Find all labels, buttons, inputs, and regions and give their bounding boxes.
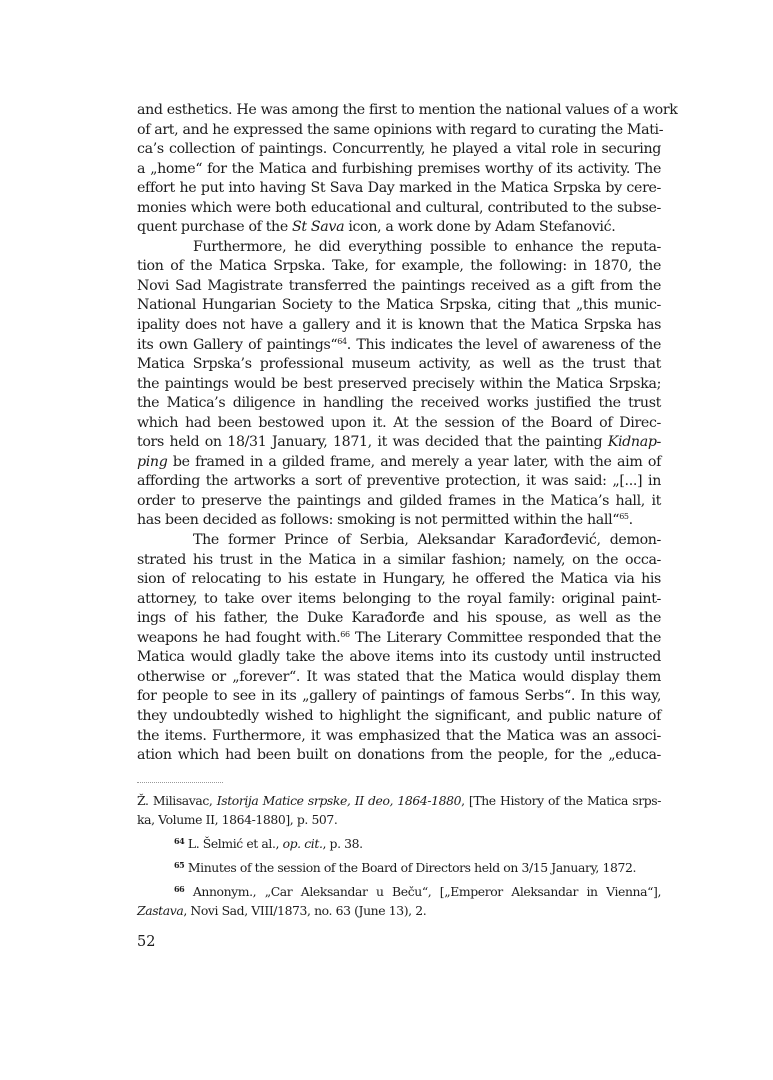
text-line: order to preserve the paintings and gild…	[137, 492, 661, 512]
text-run: quent purchase of the	[137, 219, 292, 235]
text-run: . This indicates the level of awareness …	[347, 337, 661, 353]
page-number: 52	[137, 934, 155, 950]
text-line: they undoubtedly wished to highlight the…	[137, 707, 661, 727]
book-page: and esthetics. He was among the first to…	[0, 0, 773, 1080]
footnote-64: 64 L. Šelmić et al., op. cit., p. 38.	[137, 834, 661, 853]
text-line: Matica Srpska’s professional museum acti…	[137, 355, 661, 375]
text-line: and esthetics. He was among the first to…	[137, 101, 661, 121]
text-line: ation which had been built on donations …	[137, 746, 661, 766]
text-line: tion of the Matica Srpska. Take, for exa…	[137, 257, 661, 277]
text-line: monies which were both educational and c…	[137, 199, 661, 219]
text-run: its own Gallery of paintings“	[137, 337, 337, 353]
body-text: and esthetics. He was among the first to…	[137, 101, 661, 766]
text-run: L. Šelmić et al.,	[184, 836, 282, 851]
text-run: Ž. Milisavac,	[137, 793, 217, 808]
text-run: .	[629, 512, 633, 528]
text-line: its own Gallery of paintings“64. This in…	[137, 336, 661, 356]
footnote-63-line1: Ž. Milisavac, Istorija Matice srpske, II…	[137, 791, 661, 810]
footnote-number: 64	[174, 836, 184, 846]
footnote-ref-65[interactable]: 65	[619, 512, 628, 521]
text-line: effort he put into having St Sava Day ma…	[137, 179, 661, 199]
text-line: the paintings would be best preserved pr…	[137, 375, 661, 395]
footnote-number: 66	[174, 884, 184, 894]
italic-title: ping	[137, 454, 167, 470]
text-line: has been decided as follows: smoking is …	[137, 511, 661, 531]
text-line: for people to see in its „gallery of pai…	[137, 687, 661, 707]
footnote-66-line2: Zastava, Novi Sad, VIII/1873, no. 63 (Ju…	[137, 901, 661, 920]
text-run: icon, a work done by Adam Stefanović.	[344, 219, 615, 235]
text-line: ipality does not have a gallery and it i…	[137, 316, 661, 336]
text-line: quent purchase of the St Sava icon, a wo…	[137, 218, 661, 238]
text-line: ings of his father, the Duke Karađorđe a…	[137, 609, 661, 629]
text-line: a „home“ for the Matica and furbishing p…	[137, 160, 661, 180]
text-line: the Matica’s diligence in handling the r…	[137, 394, 661, 414]
text-run: has been decided as follows: smoking is …	[137, 512, 619, 528]
text-line: sion of relocating to his estate in Hung…	[137, 570, 661, 590]
paragraph-start: Furthermore, he did everything possible …	[137, 238, 661, 258]
italic-title: Istorija Matice srpske, II deo, 1864-188…	[217, 793, 461, 808]
text-line: affording the artworks a sort of prevent…	[137, 472, 661, 492]
text-line: attorney, to take over items belonging t…	[137, 590, 661, 610]
text-run: Annonym., „Car Aleksandar u Beču“, [„Emp…	[184, 884, 661, 899]
text-line: of art, and he expressed the same opinio…	[137, 121, 661, 141]
text-line: otherwise or „forever“. It was stated th…	[137, 668, 661, 688]
text-line: tors held on 18/31 January, 1871, it was…	[137, 433, 661, 453]
footnote-ref-64[interactable]: 64	[337, 337, 346, 346]
text-run: Minutes of the session of the Board of D…	[184, 860, 636, 875]
footnote-ref-66[interactable]: 66	[340, 630, 349, 639]
text-line: Matica would gladly take the above items…	[137, 648, 661, 668]
text-line: the items. Furthermore, it was emphasize…	[137, 727, 661, 747]
text-run: weapons he had fought with.	[137, 630, 340, 646]
footnote-63-line2: ka, Volume II, 1864-1880], p. 507.	[137, 810, 661, 829]
text-run: tors held on 18/31 January, 1871, it was…	[137, 434, 608, 450]
paragraph-start: The former Prince of Serbia, Aleksandar …	[137, 531, 661, 551]
footnote-66-line1: 66 Annonym., „Car Aleksandar u Beču“, [„…	[137, 882, 661, 901]
text-run: The Literary Committee responded that th…	[350, 630, 661, 646]
italic-title: Zastava	[137, 903, 183, 918]
text-run: , p. 38.	[322, 836, 362, 851]
text-line: ca’s collection of paintings. Concurrent…	[137, 140, 661, 160]
footnote-65: 65 Minutes of the session of the Board o…	[137, 858, 661, 877]
italic-title: St Sava	[292, 219, 344, 235]
text-line: ping be framed in a gilded frame, and me…	[137, 453, 661, 473]
footnote-separator	[137, 782, 223, 783]
text-run: be framed in a gilded frame, and merely …	[167, 454, 661, 470]
italic-text: op. cit.	[283, 836, 323, 851]
italic-title: Kidnap-	[608, 434, 661, 450]
text-line: which had been bestowed upon it. At the …	[137, 414, 661, 434]
text-line: Novi Sad Magistrate transferred the pain…	[137, 277, 661, 297]
text-line: weapons he had fought with.66 The Litera…	[137, 629, 661, 649]
text-run: , [The History of the Matica srps-	[461, 793, 661, 808]
text-line: strated his trust in the Matica in a sim…	[137, 551, 661, 571]
footnotes: Ž. Milisavac, Istorija Matice srpske, II…	[137, 791, 661, 920]
footnote-number: 65	[174, 860, 184, 870]
text-line: National Hungarian Society to the Matica…	[137, 296, 661, 316]
text-run: , Novi Sad, VIII/1873, no. 63 (June 13),…	[183, 903, 426, 918]
